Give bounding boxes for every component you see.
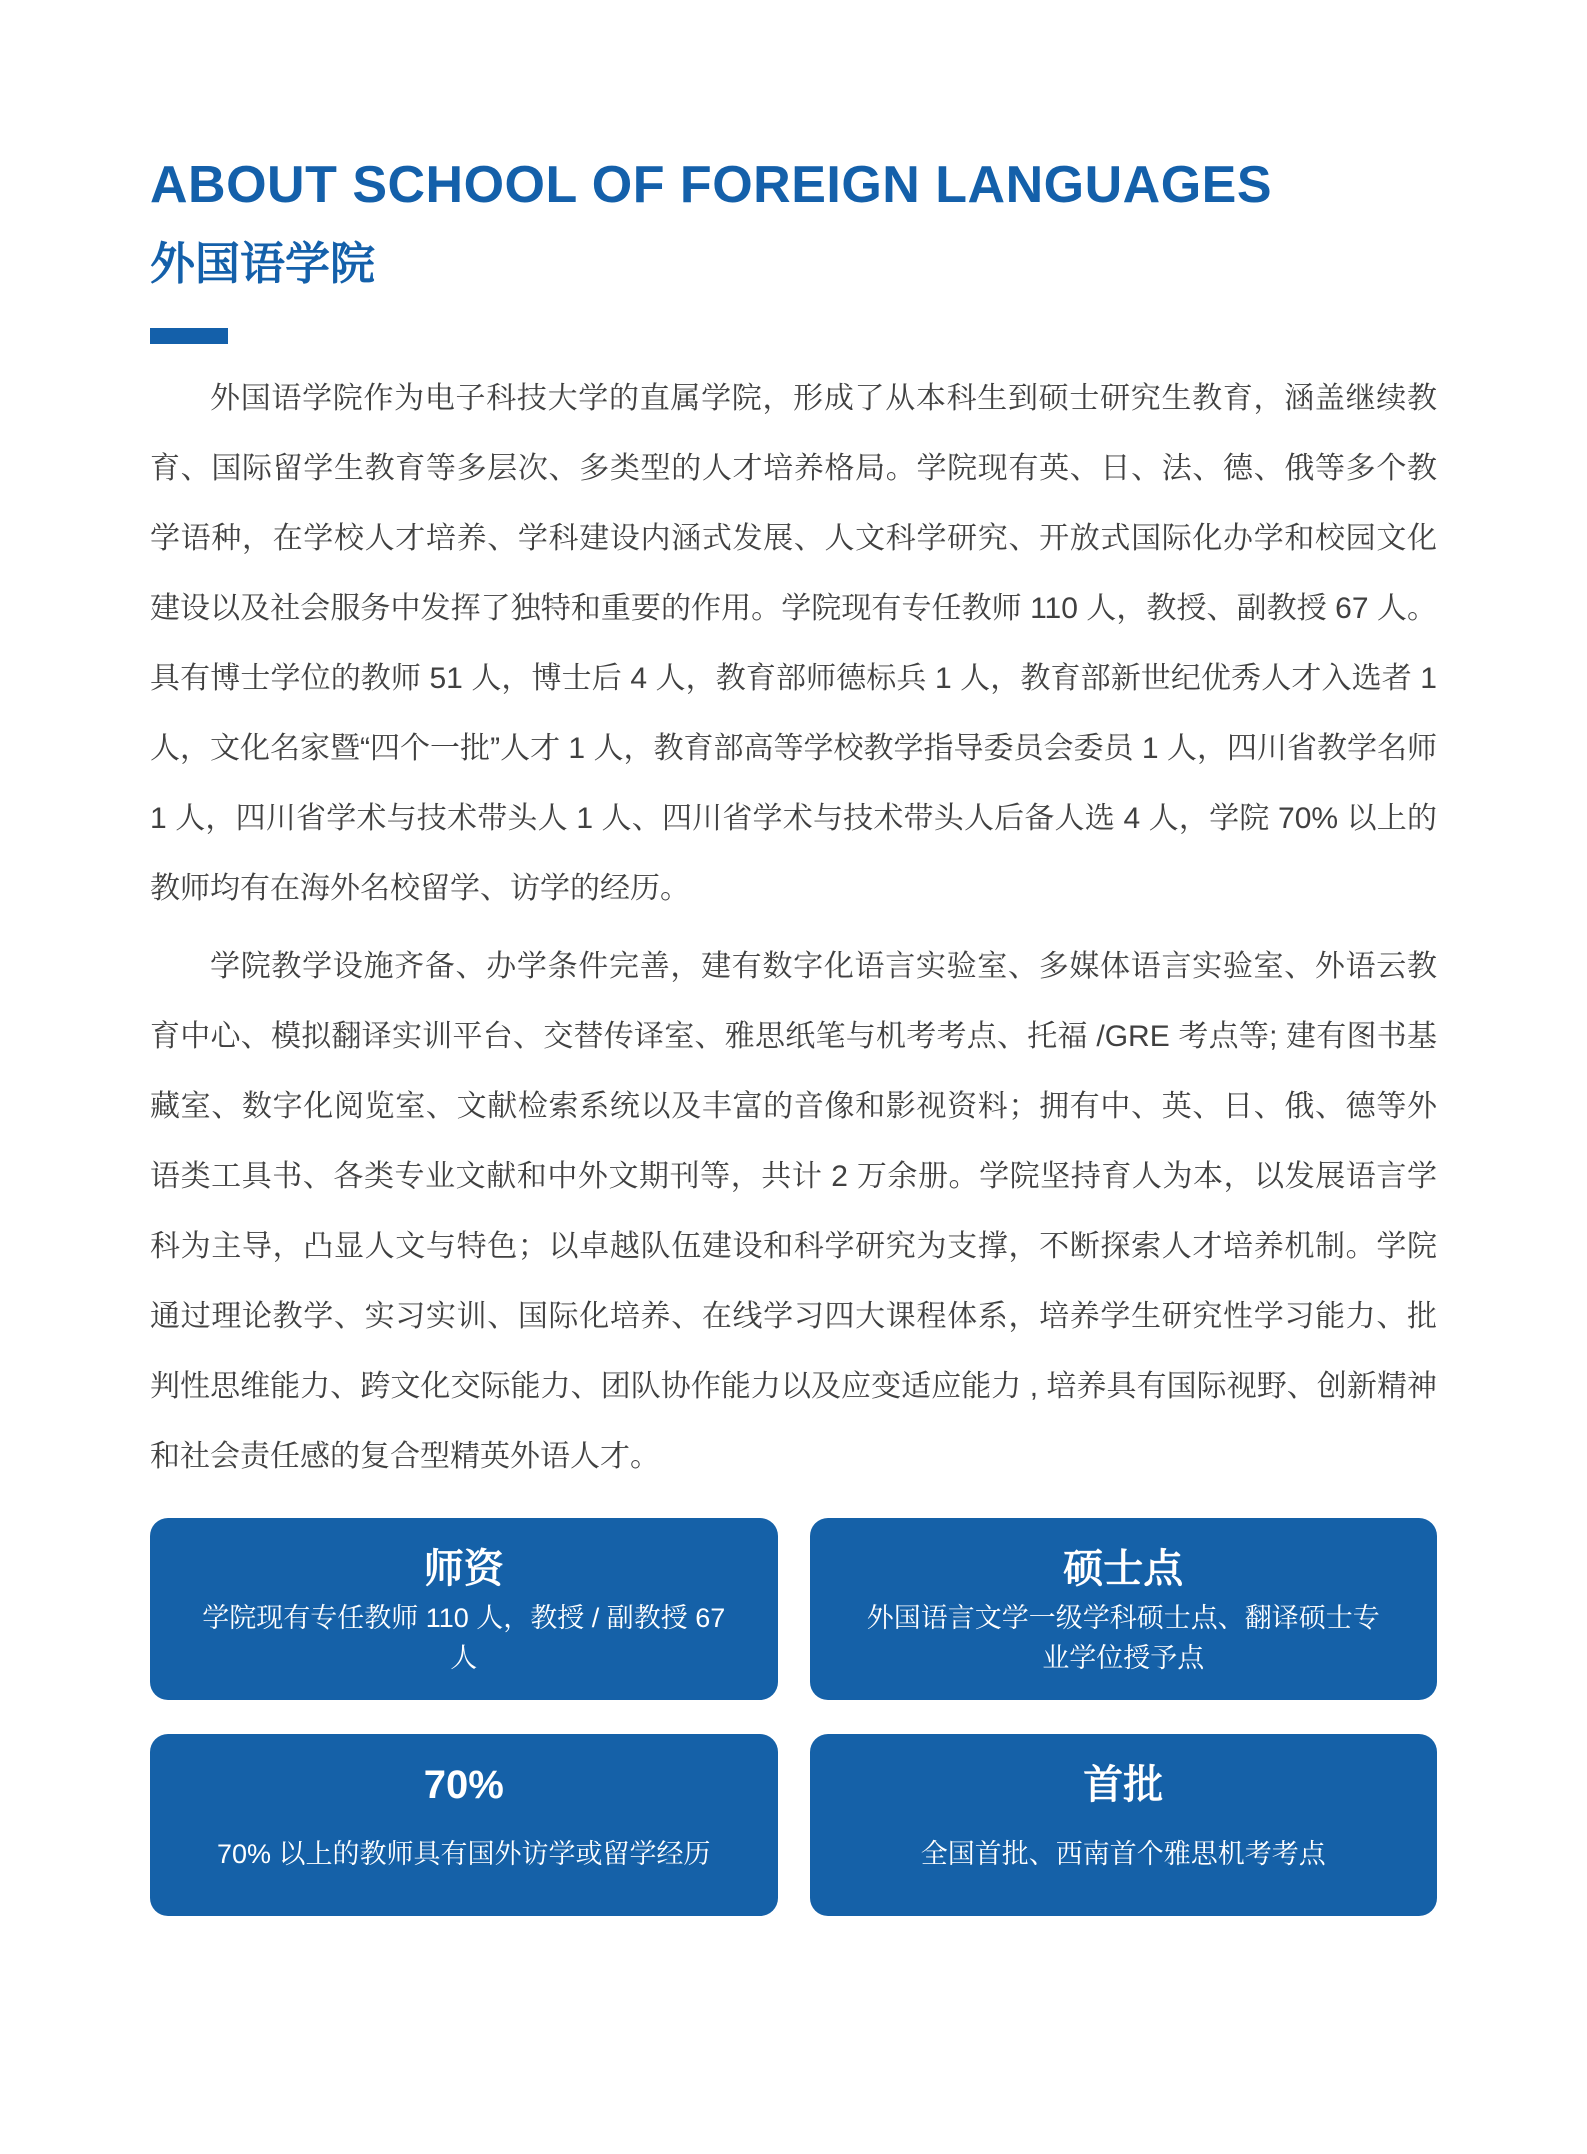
card-faculty: 师资 学院现有专任教师 110 人，教授 / 副教授 67 人 bbox=[150, 1518, 778, 1700]
card-first-batch-title: 首批 bbox=[1083, 1762, 1163, 1808]
card-overseas-percentage-title: 70% bbox=[424, 1762, 504, 1808]
card-first-batch-body: 全国首批、西南首个雅思机考考点 bbox=[875, 1808, 1372, 1916]
card-overseas-percentage: 70% 70% 以上的教师具有国外访学或留学经历 bbox=[150, 1734, 778, 1916]
card-faculty-body: 学院现有专任教师 110 人，教授 / 副教授 67 人 bbox=[150, 1592, 778, 1700]
page-title-english: ABOUT SCHOOL OF FOREIGN LANGUAGES bbox=[150, 158, 1437, 213]
highlight-cards: 师资 学院现有专任教师 110 人，教授 / 副教授 67 人 硕士点 外国语言… bbox=[150, 1518, 1437, 1916]
intro-text-section: 外国语学院作为电子科技大学的直属学院，形成了从本科生到硕士研究生教育，涵盖继续教… bbox=[150, 364, 1437, 1492]
title-divider-bar bbox=[150, 328, 228, 344]
page-title-chinese: 外国语学院 bbox=[150, 239, 1437, 289]
card-overseas-percentage-body: 70% 以上的教师具有国外访学或留学经历 bbox=[171, 1808, 757, 1916]
brochure-page: ABOUT SCHOOL OF FOREIGN LANGUAGES 外国语学院 … bbox=[0, 0, 1587, 2154]
intro-paragraph-2: 学院教学设施齐备、办学条件完善，建有数字化语言实验室、多媒体语言实验室、外语云教… bbox=[150, 932, 1437, 1492]
card-masters-programs-title: 硕士点 bbox=[1063, 1546, 1183, 1592]
card-masters-programs: 硕士点 外国语言文学一级学科硕士点、翻译硕士专业学位授予点 bbox=[810, 1518, 1438, 1700]
card-faculty-title: 师资 bbox=[424, 1546, 504, 1592]
intro-paragraph-1: 外国语学院作为电子科技大学的直属学院，形成了从本科生到硕士研究生教育，涵盖继续教… bbox=[150, 364, 1437, 924]
card-masters-programs-body: 外国语言文学一级学科硕士点、翻译硕士专业学位授予点 bbox=[810, 1592, 1438, 1700]
page-header: ABOUT SCHOOL OF FOREIGN LANGUAGES 外国语学院 bbox=[150, 158, 1437, 344]
card-first-batch: 首批 全国首批、西南首个雅思机考考点 bbox=[810, 1734, 1438, 1916]
